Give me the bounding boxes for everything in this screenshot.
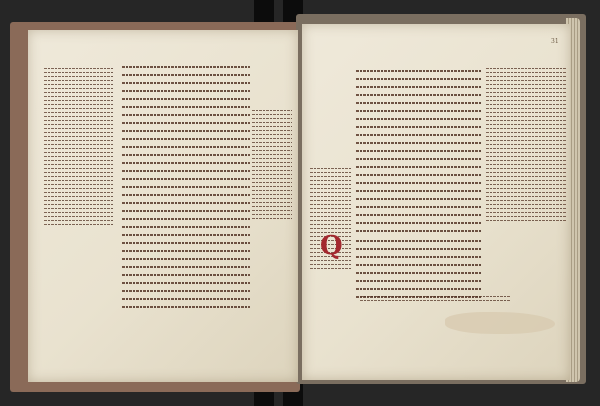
right-text-after-initial — [356, 240, 481, 304]
right-bottom-line — [360, 296, 510, 304]
right-main-text — [356, 70, 481, 238]
left-outer-gloss — [252, 110, 292, 222]
decorated-initial: Q — [320, 233, 343, 259]
parchment-stain — [445, 312, 555, 334]
left-gloss-column — [44, 68, 114, 228]
left-main-text — [122, 66, 250, 314]
right-outer-gloss — [486, 68, 566, 224]
folio-number: 31 — [551, 38, 559, 45]
